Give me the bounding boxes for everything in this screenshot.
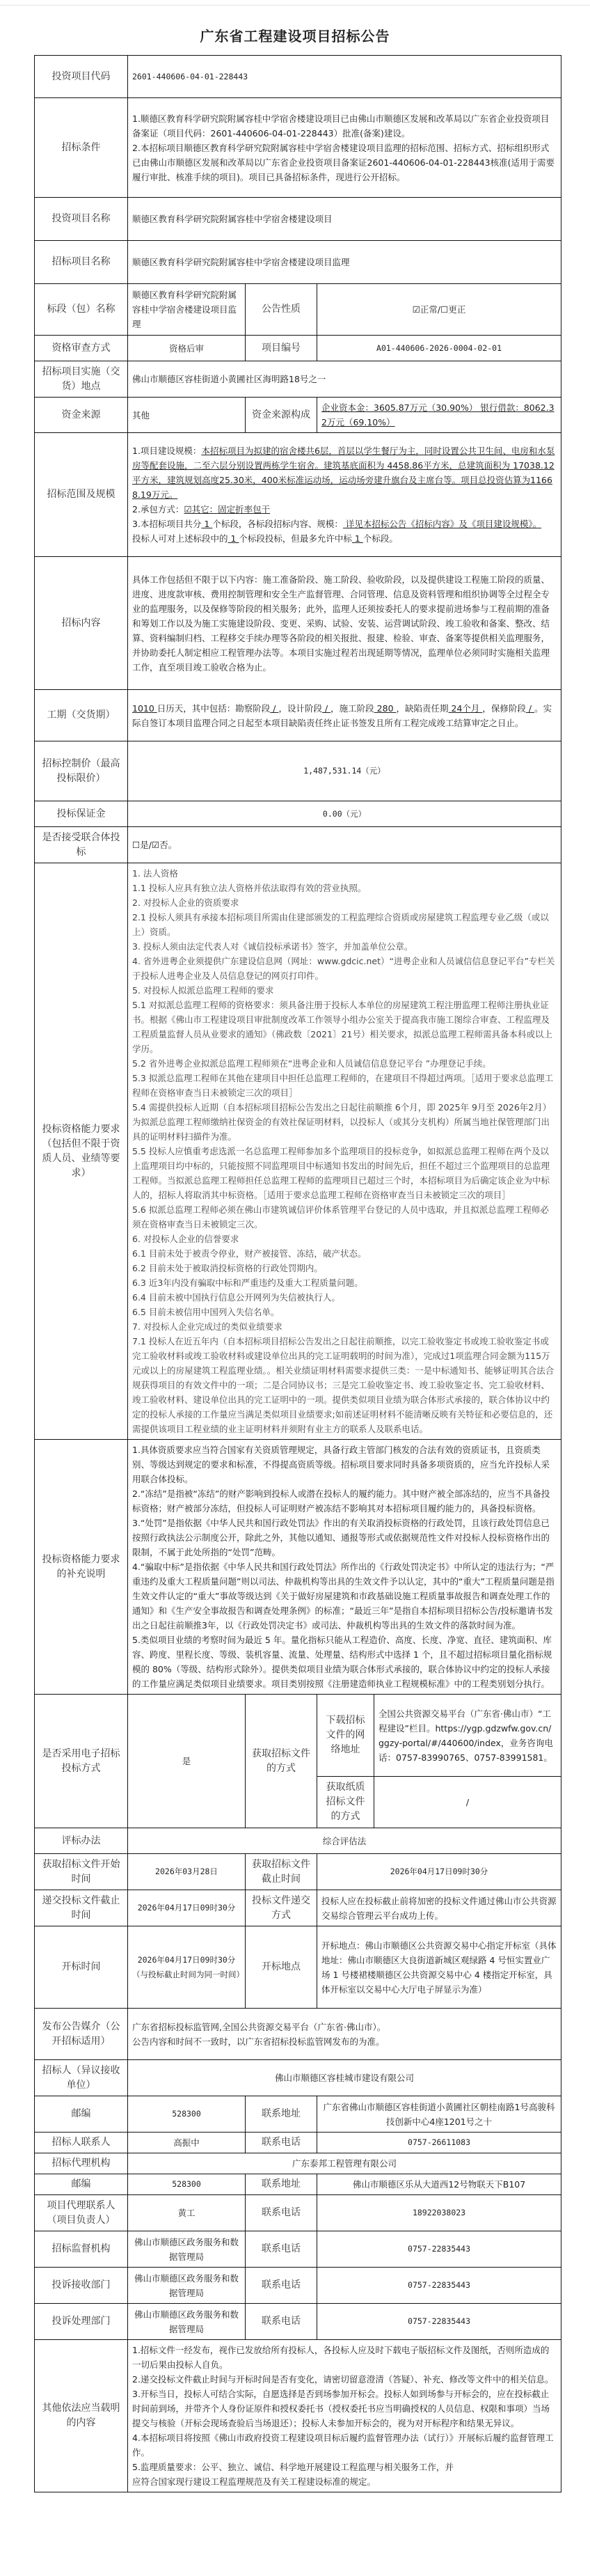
scope-item-1: 1.项目建设规模：本招标项目为拟建的宿舍楼共6层，首层以学生餐厅为主，同时设置公… [132, 443, 557, 502]
value-supplement: 1.具体资质要求应当符合国家有关资质管理规定，具备行政主管部门核发的合法有效的资… [128, 1440, 561, 1695]
value-funding-composition: 企业资本金：3605.87万元（30.90%） 银行借款：8062.32万元（6… [317, 398, 561, 433]
duration-survey: / [270, 703, 278, 714]
label-tenderer: 招标人（异议接收单位） [35, 2060, 128, 2096]
value-agency-contact: 黄工 [128, 2195, 246, 2231]
req-line: 5.2 省外进粤企业拟派总监理工程师须在“进粤企业和人员诚信信息登记平台 ”办理… [132, 1056, 557, 1071]
req-line: 5.1 对拟派总监理工程师的资格要求：须具备注册于投标人本单位的房屋建筑工程注册… [132, 998, 557, 1056]
req-line: 1. 法人资格 [132, 866, 557, 881]
label-supervision-phone: 联系电话 [246, 2231, 317, 2268]
req-line: 6. 对投标人企业的信誉要求 [132, 1232, 557, 1246]
value-paper-method: / [374, 1777, 561, 1828]
req-line: 5.6 拟派总监理工程师必须在佛山市建筑诚信评价体系管理平台登记的人员中选取，并… [132, 1202, 557, 1232]
page-title: 广东省工程建设项目招标公告 [0, 25, 590, 45]
req-line: 6.1 目前未处于被责令停业，财产被接管、冻结，破产状态。 [132, 1246, 557, 1261]
other-line: 2.递交投标文件截止时间与开标时间是否有变化，请密切留意澄清（答疑）、补充、修改… [132, 2372, 557, 2387]
row-scope: 招标范围及规模 1.项目建设规模：本招标项目为拟建的宿舍楼共6层，首层以学生餐厅… [35, 433, 561, 557]
label-scope: 招标范围及规模 [35, 433, 128, 557]
condition-line-2: 2.本招标项目顺德区教育科学研究院附属容桂中学宿舍楼建设项目监理的招标范围、招标… [132, 141, 557, 184]
row-complaint-receive: 投诉接收部门 佛山市顺德区政务服务和数据管理局 联系电话 0757-228354… [35, 2268, 561, 2304]
scope-item-3-text: 详见本招标公告《招标内容》及《项目建设规模》。 [343, 519, 541, 529]
duration-construction: 280 [374, 703, 397, 714]
duration-text-1: 日历天，其中包括：勘察阶段 [157, 703, 271, 714]
label-doc-method: 获取招标文件的方式 [246, 1695, 317, 1828]
other-line: 5.监理质量要求：公平、独立、诚信、科学地开展建设工程监理与相关服务工作，并 [132, 2460, 557, 2474]
req-line: 5.4 需提供投标人近期（自本招标项目招标公告发出之日起往前顺推 6个月，即 2… [132, 1100, 557, 1144]
row-requirements: 投标资格能力要求（包括但不限于资质人员、业绩等要求） 1. 法人资格 1.1 投… [35, 863, 561, 1440]
label-other: 其他依法应当载明的内容 [35, 2340, 128, 2492]
row-conditions: 招标条件 1.顺德区教育科学研究院附属容桂中学宿舍楼建设项目已由佛山市顺德区发展… [35, 98, 561, 198]
top-divider [0, 5, 590, 6]
req-line: 6.3 近3年内没有骗取中标和严重违约及重大工程质量问题。 [132, 1275, 557, 1290]
value-evaluation: 综合评估法 [128, 1828, 561, 1854]
value-agency-postcode: 528300 [128, 2174, 246, 2195]
row-funding: 资金来源 其他 资金来源构成 企业资本金：3605.87万元（30.90%） 银… [35, 398, 561, 433]
row-content: 招标内容 具体工作包括但不限于以下内容：施工准备阶段、施工阶段、验收阶段，以及提… [35, 557, 561, 690]
label-consortium: 是否接受联合体投标 [35, 827, 128, 863]
value-media: 广东省招标投标监管网,全国公共资源交易平台（广东省·佛山市）。 公告内容和时间不… [128, 2009, 561, 2060]
row-investment-code: 投资项目代码 2601-440606-04-01-228443 [35, 56, 561, 98]
supp-line: 1.具体资质要求应当符合国家有关资质管理规定，具备行政主管部门核发的合法有效的资… [132, 1443, 557, 1486]
row-complaint-handle: 投诉处理部门 佛山市顺德区政务服务和数据管理局 联系电话 0757-228354… [35, 2304, 561, 2340]
req-line: 7.1 投标人在近五年内（自本招标项目招标公告发出之日起往前顺推，以完工验收鉴定… [132, 1334, 557, 1436]
row-supervision: 招标监督机构 佛山市顺德区政务服务和数据管理局 联系电话 0757-228354… [35, 2231, 561, 2268]
label-qualification-review: 资格审查方式 [35, 336, 128, 361]
req-line: 2. 对投标人企业的资质要求 [132, 895, 557, 910]
label-tenderer-postcode: 邮编 [35, 2096, 128, 2133]
row-investment-name: 投资项目名称 顺德区教育科学研究院附属容桂中学宿舍楼建设项目 [35, 198, 561, 241]
label-agency-postcode: 邮编 [35, 2174, 128, 2195]
duration-text-2: ，设计阶段 [278, 703, 322, 714]
label-tenderer-contact: 招标人联系人 [35, 2133, 128, 2153]
scope-item-2-text: ☑其它：固定折率包干 [184, 504, 270, 515]
value-supervision: 佛山市顺德区政务服务和数据管理局 [128, 2231, 246, 2268]
label-electronic: 是否采用电子招标投标方式 [35, 1695, 128, 1828]
label-section: 标段（包）名称 [35, 284, 128, 336]
label-paper-method: 获取纸质招标文件的方式 [317, 1777, 374, 1828]
value-tenderer-contact: 高振中 [128, 2133, 246, 2153]
value-electronic: 是 [128, 1695, 246, 1828]
value-other: 1.招标文件一经发布，视作已发放给所有投标人，各投标人应及时下载电子版招标文件及… [128, 2340, 561, 2492]
label-project-code: 项目编号 [246, 336, 317, 361]
label-agency-contact: 项目代理联系人（项目负责人） [35, 2195, 128, 2231]
label-content: 招标内容 [35, 557, 128, 690]
req-line: 6.4 目前未被中国执行信息公开网列为失信被执行人。 [132, 1290, 557, 1305]
row-consortium: 是否接受联合体投标 ☐是/☑否。 [35, 827, 561, 863]
req-line: 5.5 投标人应慎重考虑选派一名总监理工程师参加多个监理项目的投标竞争，如拟派总… [132, 1144, 557, 1202]
duration-defect: 24个月 [449, 703, 483, 714]
value-complaint-receive-phone: 0757-22835443 [317, 2268, 561, 2304]
announcement-table: 投资项目代码 2601-440606-04-01-228443 招标条件 1.顺… [34, 55, 561, 2492]
row-submit: 递交投标文件截止时间 2026年04月17日09时30分 投标文件递交方式 投标… [35, 1890, 561, 1926]
row-tenderer: 招标人（异议接收单位） 佛山市顺德区容桂城市建设有限公司 [35, 2060, 561, 2096]
label-complaint-handle: 投诉处理部门 [35, 2304, 128, 2340]
duration-days: 1010 [132, 703, 157, 714]
value-complaint-receive: 佛山市顺德区政务服务和数据管理局 [128, 2268, 246, 2304]
label-submit-method: 投标文件递交方式 [246, 1890, 317, 1926]
value-submit-deadline: 2026年04月17日09时30分 [128, 1890, 246, 1926]
row-tenderer-contact: 招标人联系人 高振中 联系电话 0757-26611083 [35, 2133, 561, 2153]
value-complaint-handle-phone: 0757-22835443 [317, 2304, 561, 2340]
scope-item-2-prefix: 2.承包方式： [132, 504, 184, 515]
req-line: 4. 省外进粤企业须提供广东建设信息网（网址：www.gdcic.net）“进粤… [132, 954, 557, 983]
label-investment-name: 投资项目名称 [35, 198, 128, 241]
value-tenderer-postcode: 528300 [128, 2096, 246, 2133]
label-download-address: 下载招标文件的网络地址 [317, 1695, 374, 1777]
row-duration: 工期（交货期） 1010 日历天，其中包括：勘察阶段 / ，设计阶段 / ，施工… [35, 690, 561, 741]
label-tender-name: 招标项目名称 [35, 241, 128, 284]
duration-design: / [322, 703, 330, 714]
label-doc-start: 获取招标文件开始时间 [35, 1854, 128, 1890]
label-requirements: 投标资格能力要求（包括但不限于资质人员、业绩等要求） [35, 863, 128, 1440]
value-agency-address: 佛山市顺德区乐从大道西12号物联天下B107 [317, 2174, 561, 2195]
row-section: 标段（包）名称 顺德区教育科学研究院附属容桂中学宿舍楼建设项目监理 公告性质 ☑… [35, 284, 561, 336]
label-media: 发布公告媒介（公开招标适用） [35, 2009, 128, 2060]
label-supplement: 投标资格能力要求的补充说明 [35, 1440, 128, 1695]
req-line: 1.1 投标人应具有独立法人资格并依法取得有效的营业执照。 [132, 881, 557, 895]
row-location: 招标项目实施（交货）地点 佛山市顺德区容桂街道小黄圃社区海明路18号之一 [35, 361, 561, 398]
value-download-address[interactable]: 全国公共资源交易平台（广东省·佛山市）“工程建设”栏目。https://ygp.… [374, 1695, 561, 1777]
supp-line: 5.类似项目业绩的考察时间为最近 5 年。量化指标只能从工程造价、高度、长度、净… [132, 1633, 557, 1691]
value-notice-nature: ☑正常/☐更正 [317, 284, 561, 336]
value-duration: 1010 日历天，其中包括：勘察阶段 / ，设计阶段 / ，施工阶段 280 ，… [128, 690, 561, 741]
label-bid-bond: 投标保证金 [35, 801, 128, 827]
supp-line: 3.“处罚”是指依据《中华人民共和国行政处罚法》作出的有关取消投标资格的行政处罚… [132, 1516, 557, 1560]
value-conditions: 1.顺德区教育科学研究院附属容桂中学宿舍楼建设项目已由佛山市顺德区发展和改革局以… [128, 98, 561, 198]
value-tenderer-address: 广东省佛山市顺德区容桂街道小黄圃社区朝桂南路1号高骏科技创新中心4座1201号之… [317, 2096, 561, 2133]
row-agency: 招标代理机构 广东泰邦工程管理有限公司 [35, 2153, 561, 2174]
value-project-code: A01-440606-2026-0004-02-01 [317, 336, 561, 361]
scope-item-4-b: 个标段投标，但最多允许中标 [239, 533, 352, 544]
req-line: 5. 对投标人拟派总监理工程师的要求 [132, 983, 557, 998]
scope-section-count: 1 [201, 519, 212, 529]
scope-item-1-prefix: 1.项目建设规模： [132, 446, 201, 456]
label-agency-address: 联系地址 [246, 2174, 317, 2195]
other-line: 1.招标文件一经发布，视作已发放给所有投标人，各投标人应及时下载电子版招标文件及… [132, 2343, 557, 2372]
row-qualification: 资格审查方式 资格后审 项目编号 A01-440606-2026-0004-02… [35, 336, 561, 361]
label-supervision: 招标监督机构 [35, 2231, 128, 2268]
value-doc-end: 2026年04月17日09时30分 [317, 1854, 561, 1890]
label-complaint-handle-phone: 联系电话 [246, 2304, 317, 2340]
scope-item-3: 3.本招标项目共分 1 个标段，各标段招标内容、规模： 详见本招标公告《招标内容… [132, 517, 557, 531]
value-doc-start: 2026年03月28日 [128, 1854, 246, 1890]
other-line: 应符合国家现行建设工程监理规范及有关工程建设标准的规定。 [132, 2474, 557, 2489]
row-doc-time: 获取招标文件开始时间 2026年03月28日 获取招标文件截止时间 2026年0… [35, 1854, 561, 1890]
label-agency: 招标代理机构 [35, 2153, 128, 2174]
req-line: 3. 投标人须由法定代表人对《诚信投标承诺书》签字，并加盖单位公章。 [132, 939, 557, 954]
media-line-1: 广东省招标投标监管网,全国公共资源交易平台（广东省·佛山市）。 [132, 2020, 557, 2034]
duration-text-3: ，施工阶段 [330, 703, 374, 714]
value-opening-place: 开标地点：佛山市顺德区公共资源交易中心指定开标室（具体地址：佛山市顺德区大良街道… [317, 1926, 561, 2009]
row-control-price: 招标控制价（最高投标限价） 1,487,531.14（元） [35, 741, 561, 801]
value-section: 顺德区教育科学研究院附属容桂中学宿舍楼建设项目监理 [128, 284, 246, 336]
value-consortium: ☐是/☑否。 [128, 827, 561, 863]
value-funding-source: 其他 [128, 398, 246, 433]
label-funding-source: 资金来源 [35, 398, 128, 433]
label-tenderer-address: 联系地址 [246, 2096, 317, 2133]
scope-bid-count: 1 [228, 533, 239, 544]
label-opening-place: 开标地点 [246, 1926, 317, 2009]
row-media: 发布公告媒介（公开招标适用） 广东省招标投标监管网,全国公共资源交易平台（广东省… [35, 2009, 561, 2060]
value-tender-name: 顺德区教育科学研究院附属容桂中学宿舍楼建设项目监理 [128, 241, 561, 284]
label-complaint-receive-phone: 联系电话 [246, 2268, 317, 2304]
scope-item-2: 2.承包方式：☑其它：固定折率包干 [132, 502, 557, 517]
label-duration: 工期（交货期） [35, 690, 128, 741]
condition-line-1: 1.顺德区教育科学研究院附属容桂中学宿舍楼建设项目已由佛山市顺德区发展和改革局以… [132, 111, 557, 141]
row-opening: 开标时间 2026年04月17日09时30分（与投标截止时间为同一时间） 开标地… [35, 1926, 561, 2009]
scope-item-4-a: 投标人可对上述标段中的 [132, 533, 228, 544]
label-investment-code: 投资项目代码 [35, 56, 128, 98]
value-investment-code: 2601-440606-04-01-228443 [128, 56, 561, 98]
value-agency: 广东泰邦工程管理有限公司 [128, 2153, 561, 2174]
label-tenderer-phone: 联系电话 [246, 2133, 317, 2153]
label-complaint-receive: 投诉接收部门 [35, 2268, 128, 2304]
supp-line: 2.“冻结”是指被“冻结”的财产影响到投标人或潜在投标人的履约能力。其中财产被全… [132, 1486, 557, 1516]
scope-item-4-c: 个标段。 [363, 533, 398, 544]
row-evaluation: 评标办法 综合评估法 [35, 1828, 561, 1854]
req-line: 7. 对投标人企业完成过的类似业绩要求 [132, 1319, 557, 1334]
value-requirements: 1. 法人资格 1.1 投标人应具有独立法人资格并依法取得有效的营业执照。 2.… [128, 863, 561, 1440]
req-line: 6.2 目前未处于被取消投标资格的行政处罚期内。 [132, 1261, 557, 1275]
row-tenderer-postal: 邮编 528300 联系地址 广东省佛山市顺德区容桂街道小黄圃社区朝桂南路1号高… [35, 2096, 561, 2133]
value-opening-time: 2026年04月17日09时30分（与投标截止时间为同一时间） [128, 1926, 246, 2009]
other-line: 4.本招标项目将按照《佛山市政府投资工程建设项目标后履约监督管理办法（试行）》开… [132, 2430, 557, 2460]
label-submit-deadline: 递交投标文件截止时间 [35, 1890, 128, 1926]
label-funding-composition: 资金来源构成 [246, 398, 317, 433]
scope-item-3-prefix: 3.本招标项目共分 [132, 519, 201, 529]
value-location: 佛山市顺德区容桂街道小黄圃社区海明路18号之一 [128, 361, 561, 398]
row-agency-postal: 邮编 528300 联系地址 佛山市顺德区乐从大道西12号物联天下B107 [35, 2174, 561, 2195]
value-submit-method: 投标人应在投标截止前将加密的投标文件通过佛山市公共资源交易综合管理云平台成功上传… [317, 1890, 561, 1926]
duration-text-4: ，缺陷责任期 [397, 703, 449, 714]
label-conditions: 招标条件 [35, 98, 128, 198]
value-bid-bond: 0.00（元） [128, 801, 561, 827]
value-content: 具体工作包括但不限于以下内容：施工准备阶段、施工阶段、验收阶段，以及提供建设工程… [128, 557, 561, 690]
label-doc-end: 获取招标文件截止时间 [246, 1854, 317, 1890]
req-line: 6.5 目前未被信用中国列入失信名单。 [132, 1305, 557, 1319]
supp-line: 4.“骗取中标”是指依据《中华人民共和国行政处罚法》所作出的《行政处罚决定书》中… [132, 1560, 557, 1633]
value-investment-name: 顺德区教育科学研究院附属容桂中学宿舍楼建设项目 [128, 198, 561, 241]
value-qualification-review: 资格后审 [128, 336, 246, 361]
req-line: 2.1 投标人须具有承接本招标项目所需由住建部颁发的工程监理综合资质或房屋建筑工… [132, 910, 557, 939]
value-tenderer-phone: 0757-26611083 [317, 2133, 561, 2153]
value-tenderer: 佛山市顺德区容桂城市建设有限公司 [128, 2060, 561, 2096]
value-scope: 1.项目建设规模：本招标项目为拟建的宿舍楼共6层，首层以学生餐厅为主，同时设置公… [128, 433, 561, 557]
row-bid-bond: 投标保证金 0.00（元） [35, 801, 561, 827]
label-opening-time: 开标时间 [35, 1926, 128, 2009]
value-supervision-phone: 0757-22835443 [317, 2231, 561, 2268]
value-agency-phone: 18922038023 [317, 2195, 561, 2231]
label-location: 招标项目实施（交货）地点 [35, 361, 128, 398]
duration-warranty: / [526, 703, 534, 714]
scope-item-3-mid: 个标段，各标段招标内容、规模： [212, 519, 343, 529]
value-control-price: 1,487,531.14（元） [128, 741, 561, 801]
row-tender-name: 招标项目名称 顺德区教育科学研究院附属容桂中学宿舍楼建设项目监理 [35, 241, 561, 284]
media-line-2: 公告内容和时间不一致时，以广东省招标投标监管网发布的为准。 [132, 2034, 557, 2049]
row-agency-contact: 项目代理联系人（项目负责人） 黄工 联系电话 18922038023 [35, 2195, 561, 2231]
label-control-price: 招标控制价（最高投标限价） [35, 741, 128, 801]
other-line: 3.开标当日，投标人可结合实际，自愿选择是否到场参加开标会。投标人如到场参与开标… [132, 2387, 557, 2430]
row-other: 其他依法应当载明的内容 1.招标文件一经发布，视作已发放给所有投标人，各投标人应… [35, 2340, 561, 2492]
label-agency-phone: 联系电话 [246, 2195, 317, 2231]
label-notice-nature: 公告性质 [246, 284, 317, 336]
scope-win-count: 1 [352, 533, 363, 544]
duration-text-5: ，保修阶段 [482, 703, 526, 714]
value-complaint-handle: 佛山市顺德区政务服务和数据管理局 [128, 2304, 246, 2340]
req-line: 5.3 拟派总监理工程师在其他在建项目中担任总监理工程师的，在建项目不得超过两项… [132, 1071, 557, 1100]
label-evaluation: 评标办法 [35, 1828, 128, 1854]
row-supplement: 投标资格能力要求的补充说明 1.具体资质要求应当符合国家有关资质管理规定，具备行… [35, 1440, 561, 1695]
row-electronic-download: 是否采用电子招标投标方式 是 获取招标文件的方式 下载招标文件的网络地址 全国公… [35, 1695, 561, 1777]
scope-item-4: 投标人可对上述标段中的 1 个标段投标，但最多允许中标 1 个标段。 [132, 531, 557, 546]
